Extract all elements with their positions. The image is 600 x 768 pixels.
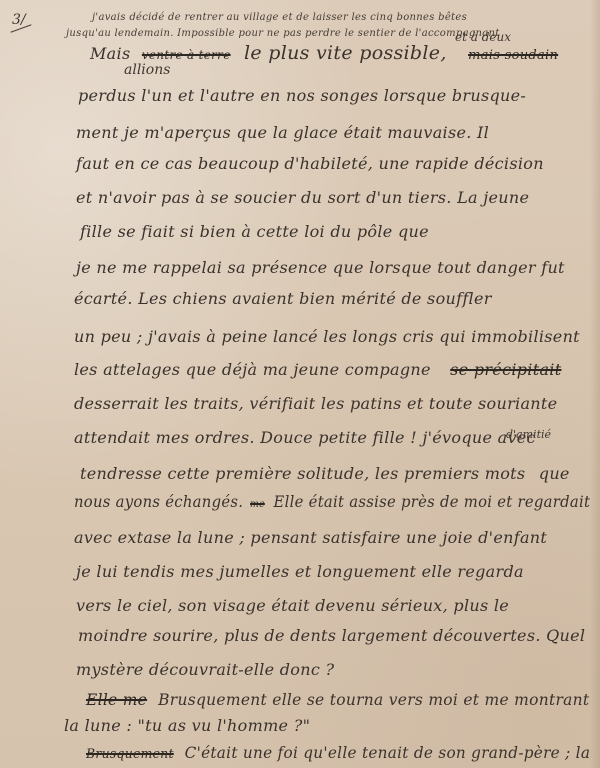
manuscript-line: perdus l'un et l'autre en nos songes lor…: [78, 86, 526, 105]
line-text: C'était une foi qu'elle tenait de son gr…: [185, 743, 591, 762]
manuscript-line: Elle me Brusquement elle se tourna vers …: [86, 690, 589, 709]
manuscript-line: écarté. Les chiens avaient bien mérité d…: [74, 289, 492, 308]
manuscript-line: tendresse cette première solitude, les p…: [80, 464, 570, 483]
manuscript-line: mystère découvrait-elle donc ?: [76, 660, 334, 679]
manuscript-line: la lune : "tu as vu l'homme ?": [64, 716, 310, 735]
page-number: 3/: [12, 12, 26, 28]
manuscript-line: je lui tendis mes jumelles et longuement…: [76, 562, 524, 581]
line-text: Brusquement elle se tourna vers moi et m…: [158, 690, 589, 709]
line-text: nous ayons échangés.: [74, 492, 243, 511]
line-text: que: [539, 464, 570, 483]
manuscript-line: desserrait les traits, vérifiait les pat…: [74, 394, 557, 413]
manuscript-line: fille se fiait si bien à cette loi du pô…: [80, 222, 429, 241]
manuscript-line: avec extase la lune ; pensant satisfaire…: [74, 528, 547, 547]
line-text: tendresse cette première solitude, les p…: [80, 464, 525, 483]
manuscript-line: je ne me rappelai sa présence que lorsqu…: [76, 258, 565, 277]
struck-text: me: [250, 499, 265, 510]
manuscript-line: attendait mes ordres. Douce petite fille…: [74, 428, 536, 447]
inserted-text: et à deux: [455, 30, 511, 44]
manuscript-line: nous ayons échangés. me Elle était assis…: [74, 492, 590, 511]
line-text: Mais: [90, 44, 130, 63]
manuscript-line: les attelages que déjà ma jeune compagne…: [74, 360, 561, 379]
paper-edge: [590, 0, 600, 768]
struck-text: Brusquement: [86, 747, 174, 762]
manuscript-line: moindre sourire, plus de dents largement…: [78, 626, 585, 645]
manuscript-line: j'avais décidé de rentrer au village et …: [92, 12, 467, 23]
line-text: Elle était assise près de moi et regarda…: [274, 492, 591, 511]
struck-text: ventre à terre: [142, 48, 231, 62]
manuscript-line: Brusquement C'était une foi qu'elle tena…: [86, 743, 590, 762]
manuscript-line: Mais ventre à terre le plus vite possibl…: [90, 42, 558, 64]
struck-text: se précipitait: [450, 360, 561, 379]
manuscript-line: ment je m'aperçus que la glace était mau…: [76, 123, 489, 142]
inserted-text: d'amitié: [506, 428, 551, 441]
manuscript-page: 3/ j'avais décidé de rentrer au village …: [0, 0, 600, 768]
manuscript-line: et n'avoir pas à se soucier du sort d'un…: [76, 188, 529, 207]
manuscript-line: vers le ciel, son visage était devenu sé…: [76, 596, 509, 615]
manuscript-line: faut en ce cas beaucoup d'habileté, une …: [76, 154, 544, 173]
line-text: le plus vite possible,: [244, 42, 447, 64]
manuscript-line: un peu ; j'avais à peine lancé les longs…: [74, 327, 580, 346]
struck-text: mais soudain: [468, 48, 558, 63]
struck-text: Elle me: [86, 690, 147, 709]
manuscript-line: jusqu'au lendemain. Impossible pour ne p…: [66, 28, 500, 39]
inserted-text: allions: [124, 62, 170, 78]
line-text: les attelages que déjà ma jeune compagne: [74, 360, 431, 379]
